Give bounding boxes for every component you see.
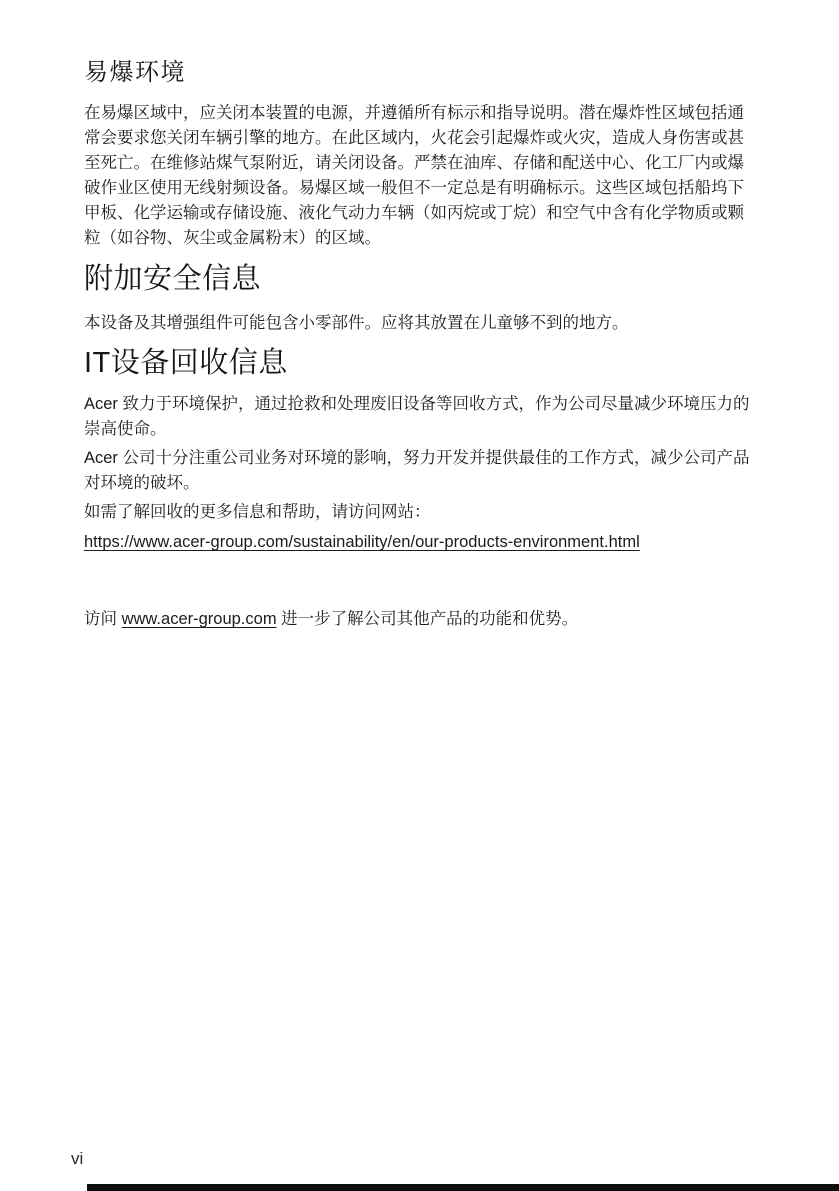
paragraph-explosive-environments: 在易爆区域中，应关闭本装置的电源，并遵循所有标示和指导说明。潜在爆炸性区域包括通… (84, 101, 758, 251)
page-content: 易爆环境 在易爆区域中，应关闭本装置的电源，并遵循所有标示和指导说明。潜在爆炸性… (84, 0, 758, 632)
page-number: vi (71, 1149, 83, 1169)
footer-note-prefix: 访问 (84, 610, 122, 628)
heading-it-recycling-info: IT设备回收信息 (84, 345, 758, 381)
footer-note-suffix: 进一步了解公司其他产品的功能和优势。 (277, 610, 579, 628)
footer-note: 访问 www.acer-group.com 进一步了解公司其他产品的功能和优势。 (84, 607, 758, 632)
paragraph-more-recycling-info: 如需了解回收的更多信息和帮助，请访问网站： (84, 500, 758, 525)
acer-group-link[interactable]: www.acer-group.com (122, 610, 277, 628)
heading-explosive-environments: 易爆环境 (84, 58, 758, 88)
paragraph-small-parts-warning: 本设备及其增强组件可能包含小零部件。应将其放置在儿童够不到的地方。 (84, 311, 758, 336)
recycling-url-link[interactable]: https://www.acer-group.com/sustainabilit… (84, 533, 640, 551)
document-page: 易爆环境 在易爆区域中，应关闭本装置的电源，并遵循所有标示和指导说明。潜在爆炸性… (0, 0, 839, 1191)
heading-additional-safety-info: 附加安全信息 (84, 261, 758, 297)
paragraph-acer-business-impact: Acer 公司十分注重公司业务对环境的影响，努力开发并提供最佳的工作方式，减少公… (84, 446, 758, 496)
bottom-scan-bar (87, 1184, 839, 1191)
paragraph-acer-environment-mission: Acer 致力于环境保护，通过抢救和处理废旧设备等回收方式，作为公司尽量减少环境… (84, 392, 758, 442)
recycling-link-line: https://www.acer-group.com/sustainabilit… (84, 530, 758, 555)
